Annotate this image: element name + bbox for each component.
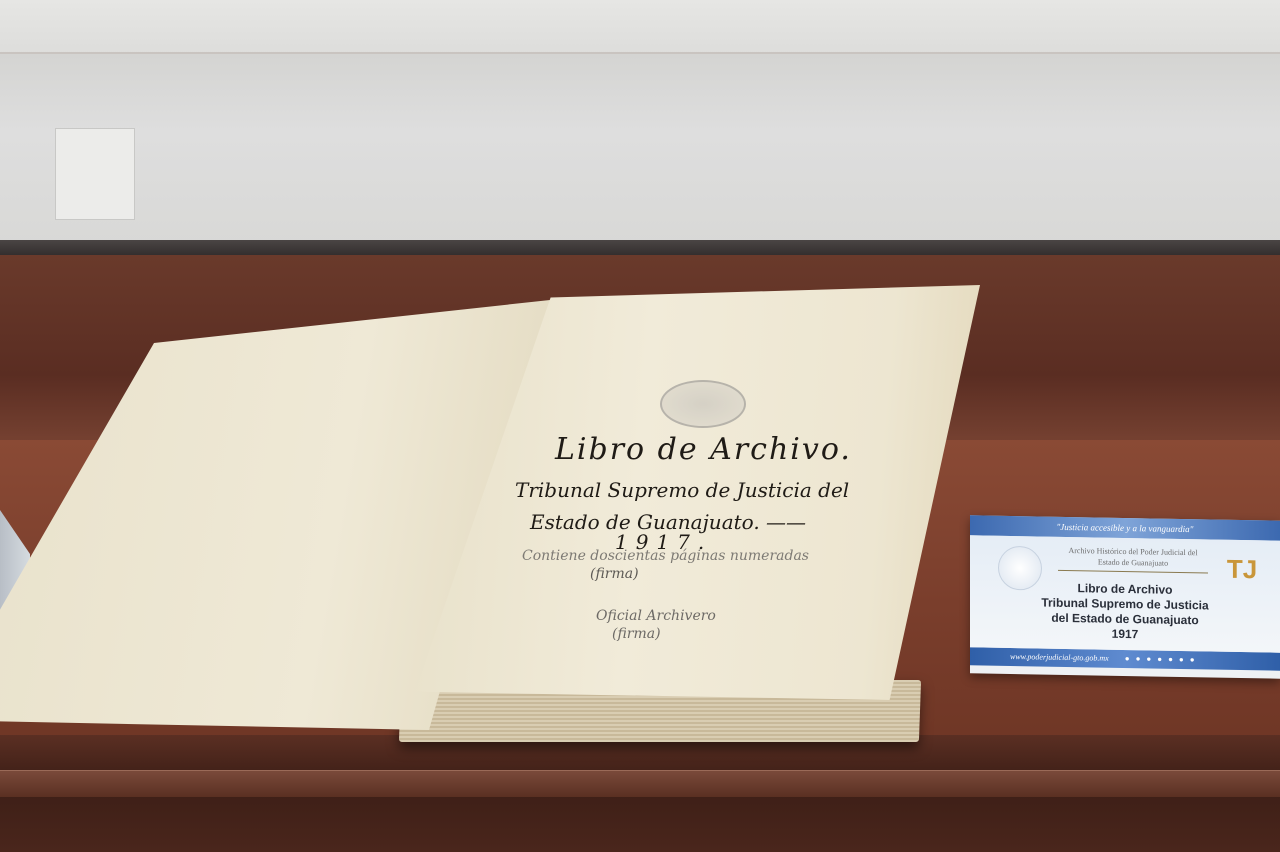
display-case-front-edge: [0, 770, 1280, 797]
book-signature-1: (firma): [590, 566, 639, 582]
placard-archive-name: Archivo Histórico del Poder Judicial del…: [1058, 545, 1208, 574]
seal-stamp-icon: [660, 380, 746, 428]
placard-body: Archivo Histórico del Poder Judicial del…: [970, 535, 1280, 652]
book-title: Libro de Archivo.: [555, 432, 852, 467]
book-faint-note: Contiene doscientas páginas numeradas: [522, 548, 809, 564]
tribunal-logo-icon: TJ: [1222, 550, 1262, 589]
wall: [0, 0, 1280, 60]
social-media-icons: ● ● ● ● ● ● ●: [1125, 654, 1197, 664]
info-placard: "Justicia accesible y a la vanguardia" A…: [970, 515, 1280, 678]
display-case-glass: [0, 52, 1280, 249]
book-line-2: Tribunal Supremo de Justicia del: [515, 478, 849, 502]
book-signature-title: Oficial Archivero: [596, 608, 716, 624]
wall-outlet-plate: [55, 128, 135, 220]
placard-website: www.poderjudicial-gto.gob.mx: [1010, 652, 1109, 663]
book-signature-2: (firma): [612, 626, 661, 642]
placard-description: Libro de Archivo Tribunal Supremo de Jus…: [970, 579, 1280, 644]
